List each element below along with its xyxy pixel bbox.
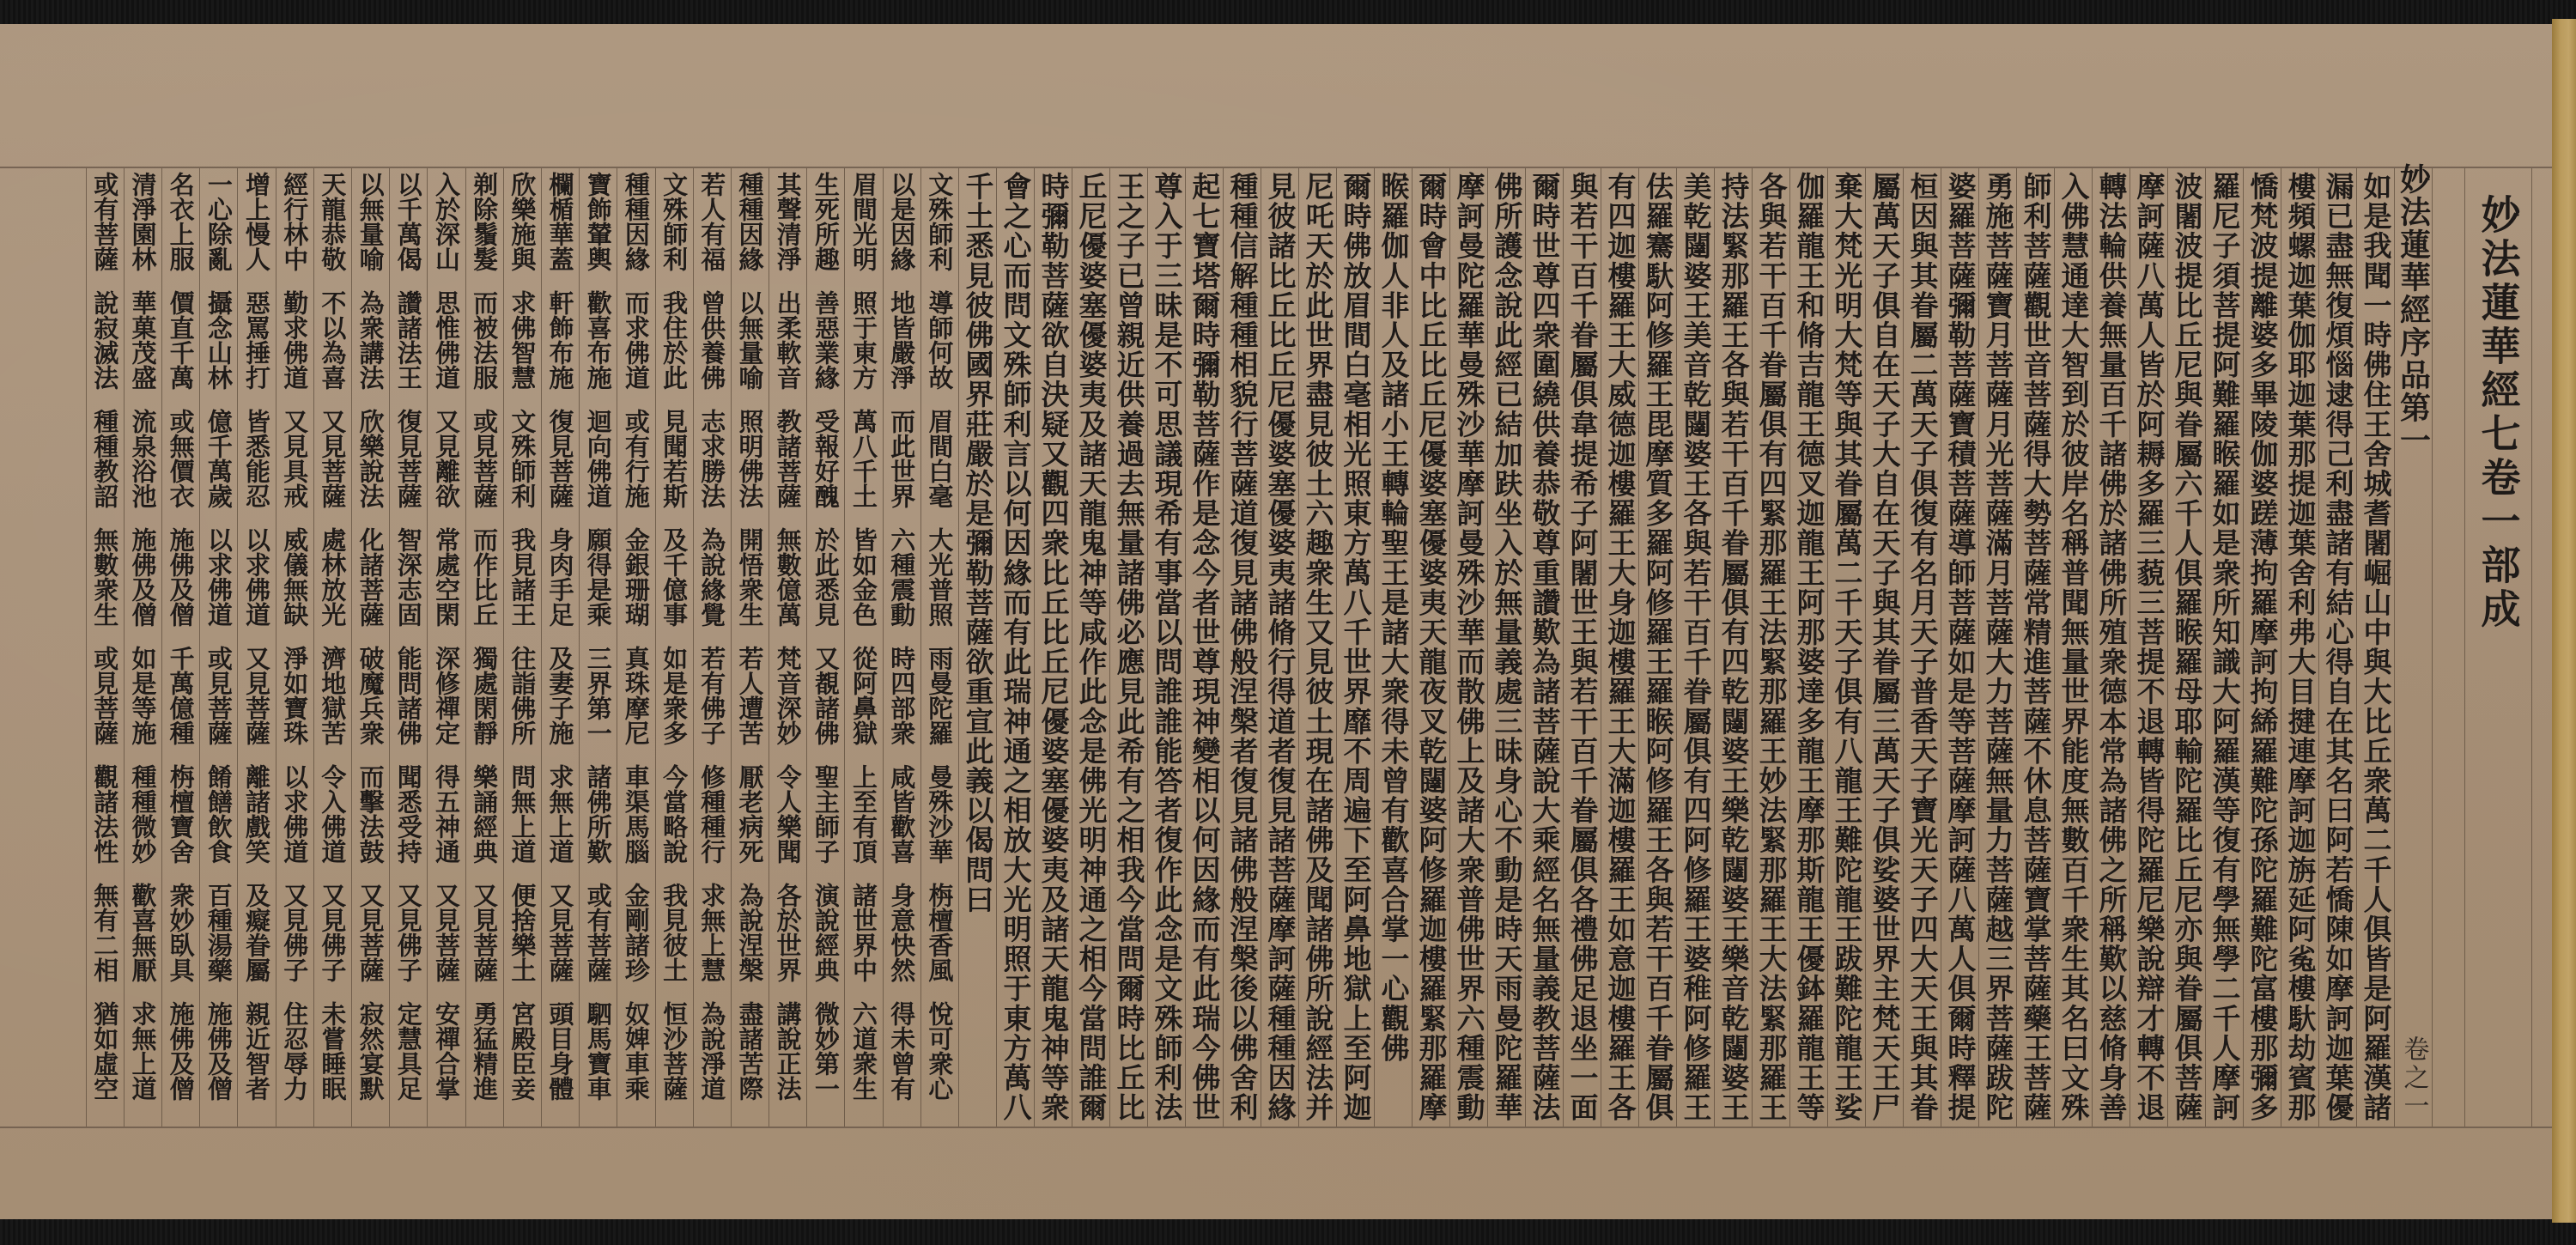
prose-line: 時彌勒菩薩欲自決疑又觀四衆比丘比丘尼優婆塞優婆夷及諸天龍鬼神等衆 [1034,172,1073,1122]
verse-line: 其聲清淨出柔軟音教諸菩薩無數億萬梵音深妙令人樂聞各於世界講說正法 [769,172,808,1101]
verse-phrase: 文殊師利 [659,172,689,271]
prose-line: 羅尼子須菩提阿難羅睺羅如是衆所知識大阿羅漢等復有學無學二千人摩訶 [2205,172,2245,1122]
prose-column: 起七寶塔爾時彌勒菩薩作是念今者世尊現神變相以何因緣而有此瑞今佛世 [1185,168,1223,1127]
prose-column: 持法緊那羅王各與若干百千眷屬俱有四乾闥婆王樂乾闥婆王樂音乾闥婆王 [1714,168,1752,1127]
verse-phrase: 定慧具足 [394,1001,423,1101]
blank-column [2432,168,2464,1127]
verse-phrase: 若人有福 [697,172,726,271]
verse-phrase: 施佛及僧 [167,1001,196,1101]
prose-column: 摩訶曼陀羅華曼殊沙華摩訶曼殊沙華而散佛上及諸大衆普佛世界六種震動 [1449,168,1487,1127]
verse-phrase: 往詣佛所 [507,646,537,745]
verse-column: 天龍恭敬不以為喜又見菩薩處林放光濟地獄苦令入佛道又見佛子未嘗睡眠 [313,168,351,1127]
verse-phrase: 親近智者 [242,1001,271,1101]
verse-phrase: 清淨園林 [128,172,157,271]
prose-column: 憍梵波提離婆多畢陵伽婆蹉薄拘羅摩訶拘絺羅難陀孫陀羅難陀富樓那彌多 [2243,168,2281,1127]
verse-column: 或有菩薩說寂滅法種種教詔無數衆生或見菩薩觀諸法性無有二相猶如虛空 [86,168,124,1127]
verse-phrase: 無數億萬 [774,527,803,627]
verse-phrase: 金剛諸珍 [622,883,651,982]
verse-phrase: 講說正法 [774,1001,803,1101]
verse-phrase: 不以為喜 [318,290,347,390]
prose-line: 憍梵波提離婆多畢陵伽婆蹉薄拘羅摩訶拘絺羅難陀孫陀羅難陀富樓那彌多 [2243,172,2282,1122]
verse-phrase: 六種震動 [887,527,916,627]
prose-line: 摩訶曼陀羅華曼殊沙華摩訶曼殊沙華而散佛上及諸大衆普佛世界六種震動 [1449,172,1489,1122]
prose-column: 勇施菩薩寶月菩薩月光菩薩滿月菩薩大力菩薩無量力菩薩越三界菩薩跋陀 [1978,168,2016,1127]
verse-phrase: 以求佛道 [280,764,309,864]
verse-phrase: 或見菩薩 [90,646,119,745]
verse-phrase: 頭目身體 [546,1001,575,1101]
prose-line: 爾時世尊四衆圍繞供養恭敬尊重讚歎為諸菩薩說大乘經名無量義教菩薩法 [1525,172,1564,1122]
verse-line: 種種因緣而求佛道或有行施金銀珊瑚真珠摩尼車渠馬腦金剛諸珍奴婢車乘 [617,172,656,1101]
prose-column: 王之子已曾親近供養過去無量諸佛必應見此希有之相我今當問爾時比丘比 [1109,168,1147,1127]
prose-column: 如是我聞一時佛住王舍城耆闍崛山中與大比丘衆萬二千人俱皆是阿羅漢諸 [2356,168,2394,1127]
scroll-title-column: 妙法蓮華經七卷一部成 [2464,168,2531,1127]
verse-column: 若人有福曾供養佛志求勝法為說緣覺若有佛子修種種行求無上慧為說淨道 [693,168,731,1127]
prose-line: 與若干百千眷屬俱韋提希子阿闍世王與若干百千眷屬俱各禮佛足退坐一面 [1563,172,1602,1122]
prose-column: 爾時佛放眉間白毫相光照東方萬八千世界靡不周遍下至阿鼻地獄上至阿迦 [1336,168,1374,1127]
verse-phrase: 若人遭苦 [735,646,764,745]
verse-line: 生死所趣善惡業緣受報好醜於此悉見又覩諸佛聖主師子演說經典微妙第一 [806,172,846,1101]
verse-phrase: 而求佛道 [622,290,651,390]
verse-phrase: 眉間白毫 [925,409,954,508]
verse-phrase: 又見菩薩 [546,883,575,982]
verse-phrase: 讚諸法王 [394,290,423,390]
verse-line: 若人有福曾供養佛志求勝法為說緣覺若有佛子修種種行求無上慧為說淨道 [692,172,732,1101]
prose-line: 伽羅龍王和脩吉龍王德叉迦龍王阿那婆達多龍王摩那斯龍王優鉢羅龍王等 [1789,172,1829,1122]
verse-line: 或有菩薩說寂滅法種種教詔無數衆生或見菩薩觀諸法性無有二相猶如虛空 [85,172,125,1101]
verse-column: 文殊師利導師何故眉間白毫大光普照雨曼陀羅曼殊沙華栴檀香風悅可衆心 [920,168,958,1127]
verse-phrase: 大光普照 [925,527,954,627]
verse-phrase: 身肉手足 [546,527,575,627]
verse-line: 文殊師利我住於此見聞若斯及千億事如是衆多今當略說我見彼土恒沙菩薩 [654,172,694,1101]
verse-phrase: 說寂滅法 [90,290,119,390]
prose-column: 佛所護念說此經已結加趺坐入於無量義處三昧身心不動是時天雨曼陀羅華 [1487,168,1525,1127]
verse-phrase: 車渠馬腦 [622,764,651,864]
verse-phrase: 真珠摩尼 [622,646,651,745]
verse-phrase: 而被法服 [470,290,499,390]
verse-phrase: 歡喜無厭 [128,883,157,982]
verse-phrase: 開悟衆生 [735,527,764,627]
prose-line: 起七寶塔爾時彌勒菩薩作是念今者世尊現神變相以何因緣而有此瑞今佛世 [1185,172,1224,1122]
verse-phrase: 千萬億種 [167,646,196,745]
text-columns: 妙法蓮華經七卷一部成 妙法蓮華經序品第一 卷之一 如是我聞一時佛住王舍城耆闍崛山… [0,168,2552,1127]
verse-phrase: 常處空閑 [432,527,461,627]
verse-phrase: 攝念山林 [204,290,234,390]
verse-phrase: 觀諸法性 [90,764,119,864]
verse-phrase: 三界第一 [584,646,613,745]
verse-phrase: 樂誦經典 [470,764,499,864]
verse-phrase: 皆悉能忍 [242,409,271,508]
prose-line: 尼吒天於此世界盡見彼土六趣衆生又見彼土現在諸佛及聞諸佛所說經法并 [1298,172,1338,1122]
prose-column: 屬萬天子俱自在天子大自在天子與其眷屬三萬天子俱娑婆世界主梵天王尸 [1865,168,1903,1127]
verse-phrase: 恒沙菩薩 [659,1001,689,1101]
verse-phrase: 以是因緣 [887,172,916,271]
verse-phrase: 求無上道 [546,764,575,864]
verse-phrase: 增上慢人 [242,172,271,271]
verse-column: 剃除鬚髮而被法服或見菩薩而作比丘獨處閑靜樂誦經典又見菩薩勇猛精進 [465,168,503,1127]
verse-phrase: 令入佛道 [318,764,347,864]
verse-column: 欄楯華蓋軒飾布施復見菩薩身肉手足及妻子施求無上道又見菩薩頭目身體 [541,168,579,1127]
prose-column: 種種信解種種相貌行菩薩道復見諸佛般涅槃者復見諸佛般涅槃後以佛舍利 [1223,168,1261,1127]
verse-phrase: 破魔兵衆 [356,646,386,745]
prose-column: 桓因與其眷屬二萬天子俱復有名月天子普香天子寶光天子四大天王與其眷 [1903,168,1941,1127]
verse-line: 以是因緣地皆嚴淨而此世界六種震動時四部衆咸皆歡喜身意快然得未曾有 [882,172,921,1101]
prose-column: 千土悉見彼佛國界莊嚴於是彌勒菩薩欲重宣此義以偈問曰 [958,168,996,1127]
verse-phrase: 求無上道 [128,1001,157,1101]
prose-line: 棄大梵光明大梵等與其眷屬萬二千天子俱有八龍王難陀龍王跋難陀龍王娑 [1827,172,1867,1122]
background-fabric-bottom [0,1218,2576,1245]
verse-phrase: 栴檀寶舍 [167,764,196,864]
verse-phrase: 種種因緣 [735,172,764,271]
verse-phrase: 及千億事 [659,527,689,627]
verse-phrase: 出柔軟音 [774,290,803,390]
verse-phrase: 金銀珊瑚 [622,527,651,627]
verse-line: 入於深山思惟佛道又見離欲常處空閑深修禪定得五神通又見菩薩安禪合掌 [427,172,466,1101]
verse-phrase: 咸皆歡喜 [887,764,916,864]
verse-phrase: 為說緣覺 [697,527,726,627]
verse-phrase: 寂然宴默 [356,1001,386,1101]
prose-line: 入佛慧通達大智到於彼岸名稱普聞無量世界能度無數百千衆生其名曰文殊 [2054,172,2093,1122]
prose-column: 丘尼優婆塞優婆夷及諸天龍鬼神等咸作此念是佛光明神通之相今當問誰爾 [1072,168,1109,1127]
verse-phrase: 化諸菩薩 [356,527,386,627]
prose-line: 轉法輪供養無量百千諸佛於諸佛所殖衆德本常為諸佛之所稱歎以慈脩身善 [2092,172,2131,1122]
verse-phrase: 又見菩薩 [432,883,461,982]
prose-line: 尊入于三昧是不可思議現希有事當以問誰誰能答者復作此念是文殊師利法 [1147,172,1187,1122]
verse-phrase: 志求勝法 [697,409,726,508]
verse-phrase: 及妻子施 [546,646,575,745]
verse-phrase: 又見佛子 [280,883,309,982]
verse-phrase: 又見佛子 [394,883,423,982]
scroll-title: 妙法蓮華經七卷一部成 [2476,194,2521,632]
prose-column: 尼吒天於此世界盡見彼土六趣衆生又見彼土現在諸佛及聞諸佛所說經法并 [1298,168,1336,1127]
verse-phrase: 以無量喻 [735,290,764,390]
verse-column: 以無量喻為衆講法欣樂說法化諸菩薩破魔兵衆而擊法鼓又見菩薩寂然宴默 [351,168,389,1127]
prose-column: 入佛慧通達大智到於彼岸名稱普聞無量世界能度無數百千衆生其名曰文殊 [2054,168,2092,1127]
verse-phrase: 為說淨道 [697,1001,726,1101]
prose-column: 爾時會中比丘比丘尼優婆塞優婆夷天龍夜叉乾闥婆阿修羅迦樓羅緊那羅摩 [1412,168,1449,1127]
verse-line: 經行林中勤求佛道又見具戒威儀無缺淨如寶珠以求佛道又見佛子住忍辱力 [275,172,314,1101]
verse-line: 欣樂施與求佛智慧文殊師利我見諸王往詣佛所問無上道便捨樂土宮殿臣妾 [502,172,542,1101]
verse-line: 寶飾輦輿歡喜布施迴向佛道願得是乘三界第一諸佛所歎或有菩薩駟馬寶車 [579,172,618,1101]
verse-phrase: 又覩諸佛 [811,646,841,745]
verse-phrase: 悅可衆心 [925,1001,954,1101]
verse-phrase: 文殊師利 [507,409,537,508]
verse-phrase: 如是等施 [128,646,157,745]
verse-phrase: 諸佛所歎 [584,764,613,864]
prose-column: 有四迦樓羅王大威德迦樓羅王大身迦樓羅王大滿迦樓羅王如意迦樓羅王各 [1601,168,1638,1127]
prose-column: 樓頻螺迦葉伽耶迦葉那提迦葉舍利弗大目揵連摩訶迦旃延阿㝹樓馱劫賓那 [2281,168,2318,1127]
verse-phrase: 梵音深妙 [774,646,803,745]
verse-phrase: 於此悉見 [811,527,841,627]
verse-phrase: 盡諸苦際 [735,1001,764,1101]
verse-phrase: 照于東方 [849,290,878,390]
verse-column: 眉間光明照于東方萬八千土皆如金色從阿鼻獄上至有頂諸世界中六道衆生 [844,168,882,1127]
verse-phrase: 雨曼陀羅 [925,646,954,745]
verse-phrase: 億千萬歲 [204,409,234,508]
verse-phrase: 修種種行 [697,764,726,864]
verse-phrase: 時四部衆 [887,646,916,745]
volume-note: 卷之一 [2395,1035,2433,1120]
prose-column: 會之心而問文殊師利言以何因緣而有此瑞神通之相放大光明照于東方萬八 [996,168,1034,1127]
verse-line: 欄楯華蓋軒飾布施復見菩薩身肉手足及妻子施求無上道又見菩薩頭目身體 [541,172,580,1101]
prose-column: 爾時世尊四衆圍繞供養恭敬尊重讚歎為諸菩薩說大乘經名無量義教菩薩法 [1525,168,1563,1127]
prose-column: 見彼諸比丘比丘尼優婆塞優婆夷諸脩行得道者復見諸菩薩摩訶薩種種因緣 [1261,168,1298,1127]
verse-phrase: 經行林中 [280,172,309,271]
verse-line: 以千萬偈讚諸法王復見菩薩智深志固能問諸佛聞悉受持又見佛子定慧具足 [389,172,428,1101]
prose-line: 樓頻螺迦葉伽耶迦葉那提迦葉舍利弗大目揵連摩訶迦旃延阿㝹樓馱劫賓那 [2281,172,2320,1122]
verse-phrase: 以求佛道 [242,527,271,627]
prose-line: 睺羅伽人非人及諸小王轉輪聖王是諸大衆得未曾有歡喜合掌一心觀佛 [1374,172,1413,1063]
verse-column: 文殊師利我住於此見聞若斯及千億事如是衆多今當略說我見彼土恒沙菩薩 [655,168,693,1127]
verse-phrase: 剃除鬚髮 [470,172,499,271]
prose-column: 與若干百千眷屬俱韋提希子阿闍世王與若干百千眷屬俱各禮佛足退坐一面 [1563,168,1601,1127]
verse-phrase: 離諸戲笑 [242,764,271,864]
verse-phrase: 種種因緣 [622,172,651,271]
verse-phrase: 令人樂聞 [774,764,803,864]
verse-phrase: 欣樂施與 [507,172,537,271]
prose-line: 摩訶薩八萬人皆於阿耨多羅三藐三菩提不退轉皆得陀羅尼樂說辯才轉不退 [2129,172,2169,1122]
verse-phrase: 求佛智慧 [507,290,537,390]
prose-column: 師利菩薩觀世音菩薩得大勢菩薩常精進菩薩不休息菩薩寶掌菩薩藥王菩薩 [2016,168,2054,1127]
verse-phrase: 奴婢車乘 [622,1001,651,1101]
verse-line: 增上慢人惡罵捶打皆悉能忍以求佛道又見菩薩離諸戲笑及癡眷屬親近智者 [237,172,276,1101]
verse-phrase: 得未曾有 [887,1001,916,1101]
verse-phrase: 歡喜布施 [584,290,613,390]
prose-column: 尊入于三昧是不可思議現希有事當以問誰誰能答者復作此念是文殊師利法 [1147,168,1185,1127]
prose-column: 波闍波提比丘尼與眷屬六千人俱羅睺羅母耶輸陀羅比丘尼亦與眷屬俱菩薩 [2167,168,2205,1127]
verse-phrase: 欄楯華蓋 [546,172,575,271]
prose-column: 轉法輪供養無量百千諸佛於諸佛所殖衆德本常為諸佛之所稱歎以慈脩身善 [2092,168,2129,1127]
verse-phrase: 以無量喻 [356,172,386,271]
prose-line: 波闍波提比丘尼與眷屬六千人俱羅睺羅母耶輸陀羅比丘尼亦與眷屬俱菩薩 [2167,172,2207,1122]
prose-line: 王之子已曾親近供養過去無量諸佛必應見此希有之相我今當問爾時比丘比 [1109,172,1149,1122]
background-fabric-top [0,0,2576,26]
verse-phrase: 或見菩薩 [204,646,234,745]
verse-phrase: 又見具戒 [280,409,309,508]
verse-phrase: 施佛及僧 [204,1001,234,1101]
verse-phrase: 欣樂說法 [356,409,386,508]
verse-column: 一心除亂攝念山林億千萬歲以求佛道或見菩薩餚饍飲食百種湯藥施佛及僧 [199,168,237,1127]
verse-phrase: 教諸菩薩 [774,409,803,508]
prose-column: 棄大梵光明大梵等與其眷屬萬二千天子俱有八龍王難陀龍王跋難陀龍王娑 [1827,168,1865,1127]
verse-phrase: 聖主師子 [811,764,841,864]
verse-phrase: 天龍恭敬 [318,172,347,271]
verse-phrase: 種種教詔 [90,409,119,508]
verse-phrase: 入於深山 [432,172,461,271]
verse-column: 種種因緣而求佛道或有行施金銀珊瑚真珠摩尼車渠馬腦金剛諸珍奴婢車乘 [617,168,654,1127]
verse-phrase: 得五神通 [432,764,461,864]
verse-phrase: 衆妙臥具 [167,883,196,982]
prose-line: 千土悉見彼佛國界莊嚴於是彌勒菩薩欲重宣此義以偈問曰 [958,172,998,914]
verse-column: 欣樂施與求佛智慧文殊師利我見諸王往詣佛所問無上道便捨樂土宮殿臣妾 [503,168,541,1127]
verse-phrase: 智深志固 [394,527,423,627]
verse-phrase: 而作比丘 [470,527,499,627]
chapter-title-column: 妙法蓮華經序品第一 卷之一 [2394,168,2432,1127]
verse-line: 文殊師利導師何故眉間白毫大光普照雨曼陀羅曼殊沙華栴檀香風悅可衆心 [920,172,959,1101]
verse-phrase: 今當略說 [659,764,689,864]
prose-line: 見彼諸比丘比丘尼優婆塞優婆夷諸脩行得道者復見諸菩薩摩訶薩種種因緣 [1261,172,1300,1122]
verse-phrase: 照明佛法 [735,409,764,508]
verse-phrase: 寶飾輦輿 [584,172,613,271]
verse-phrase: 曼殊沙華 [925,764,954,864]
verse-phrase: 願得是乘 [584,527,613,627]
verse-phrase: 施佛及僧 [128,527,157,627]
verse-column: 生死所趣善惡業緣受報好醜於此悉見又覩諸佛聖主師子演說經典微妙第一 [806,168,844,1127]
prose-line: 屬萬天子俱自在天子大自在天子與其眷屬三萬天子俱娑婆世界主梵天王尸 [1865,172,1905,1122]
prose-line: 漏已盡無復煩惱逮得己利盡諸有結心得自在其名曰阿若憍陳如摩訶迦葉優 [2318,172,2358,1122]
verse-column: 經行林中勤求佛道又見具戒威儀無缺淨如寶珠以求佛道又見佛子住忍辱力 [276,168,313,1127]
verse-phrase: 為說涅槃 [735,883,764,982]
prose-line: 爾時佛放眉間白毫相光照東方萬八千世界靡不周遍下至阿鼻地獄上至阿迦 [1336,172,1376,1122]
verse-phrase: 惡罵捶打 [242,290,271,390]
verse-column: 以是因緣地皆嚴淨而此世界六種震動時四部衆咸皆歡喜身意快然得未曾有 [883,168,920,1127]
verse-phrase: 又見菩薩 [470,883,499,982]
verse-phrase: 住忍辱力 [280,1001,309,1101]
prose-line: 桓因與其眷屬二萬天子俱復有名月天子普香天子寶光天子四大天王與其眷 [1903,172,1942,1122]
manuscript-paper: 妙法蓮華經七卷一部成 妙法蓮華經序品第一 卷之一 如是我聞一時佛住王舍城耆闍崛山… [0,24,2552,1219]
prose-line: 佉羅騫馱阿修羅王毘摩質多羅阿修羅王羅睺阿修羅王各與若干百千眷屬俱 [1638,172,1678,1122]
prose-line: 師利菩薩觀世音菩薩得大勢菩薩常精進菩薩不休息菩薩寶掌菩薩藥王菩薩 [2016,172,2056,1122]
verse-line: 剃除鬚髮而被法服或見菩薩而作比丘獨處閑靜樂誦經典又見菩薩勇猛精進 [465,172,504,1101]
verse-phrase: 便捨樂土 [507,883,537,982]
verse-phrase: 或有菩薩 [90,172,119,271]
prose-column: 婆羅菩薩彌勒菩薩寶積菩薩導師菩薩如是等菩薩摩訶薩八萬人俱爾時釋提 [1941,168,1978,1127]
verse-phrase: 又見離欲 [432,409,461,508]
prose-column: 時彌勒菩薩欲自決疑又觀四衆比丘比丘尼優婆塞優婆夷及諸天龍鬼神等衆 [1034,168,1072,1127]
verse-phrase: 萬八千土 [849,409,878,508]
prose-line: 有四迦樓羅王大威德迦樓羅王大身迦樓羅王大滿迦樓羅王如意迦樓羅王各 [1601,172,1640,1122]
verse-phrase: 如是衆多 [659,646,689,745]
verse-phrase: 生死所趣 [811,172,841,271]
prose-line: 持法緊那羅王各與若干百千眷屬俱有四乾闥婆王樂乾闥婆王樂音乾闥婆王 [1714,172,1753,1122]
verse-phrase: 又見佛子 [318,883,347,982]
verse-phrase: 軒飾布施 [546,290,575,390]
verse-phrase: 諸世界中 [849,883,878,982]
prose-column: 各與若干百千眷屬俱有四緊那羅王法緊那羅王妙法緊那羅王大法緊那羅王 [1752,168,1789,1127]
prose-column: 羅尼子須菩提阿難羅睺羅如是衆所知識大阿羅漢等復有學無學二千人摩訶 [2205,168,2243,1127]
verse-phrase: 百種湯藥 [204,883,234,982]
verse-phrase: 而此世界 [887,409,916,508]
verse-phrase: 復見菩薩 [394,409,423,508]
verse-phrase: 種種微妙 [128,764,157,864]
verse-phrase: 安禪合掌 [432,1001,461,1101]
verse-phrase: 或有菩薩 [584,883,613,982]
prose-column: 佉羅騫馱阿修羅王毘摩質多羅阿修羅王羅睺阿修羅王各與若干百千眷屬俱 [1638,168,1676,1127]
verse-phrase: 華菓茂盛 [128,290,157,390]
verse-phrase: 及癡眷屬 [242,883,271,982]
verse-phrase: 又見菩薩 [242,646,271,745]
verse-phrase: 導師何故 [925,290,954,390]
verse-column: 名衣上服價直千萬或無價衣施佛及僧千萬億種栴檀寶舍衆妙臥具施佛及僧 [161,168,199,1127]
verse-phrase: 勇猛精進 [470,1001,499,1101]
verse-phrase: 我住於此 [659,290,689,390]
verse-phrase: 我見彼土 [659,883,689,982]
verse-phrase: 微妙第一 [811,1001,841,1101]
verse-phrase: 厭老病死 [735,764,764,864]
verse-phrase: 六道衆生 [849,1001,878,1101]
verse-phrase: 流泉浴池 [128,409,157,508]
chapter-title: 妙法蓮華經序品第一 [2394,163,2433,457]
prose-line: 會之心而問文殊師利言以何因緣而有此瑞神通之相放大光明照于東方萬八 [996,172,1036,1122]
verse-phrase: 見聞若斯 [659,409,689,508]
verse-phrase: 價直千萬 [167,290,196,390]
verse-phrase: 能問諸佛 [394,646,423,745]
verse-phrase: 求無上慧 [697,883,726,982]
verse-phrase: 皆如金色 [849,527,878,627]
verse-phrase: 身意快然 [887,883,916,982]
verse-phrase: 或見菩薩 [470,409,499,508]
verse-phrase: 受報好醜 [811,409,841,508]
prose-column: 美乾闥婆王美音乾闥婆王各與若干百千眷屬俱有四阿修羅王婆稚阿修羅王 [1676,168,1714,1127]
verse-column: 其聲清淨出柔軟音教諸菩薩無數億萬梵音深妙令人樂聞各於世界講說正法 [769,168,806,1127]
verse-phrase: 施佛及僧 [167,527,196,627]
mounting-strip [2552,19,2576,1223]
verse-phrase: 各於世界 [774,883,803,982]
verse-phrase: 未嘗睡眠 [318,1001,347,1101]
verse-phrase: 從阿鼻獄 [849,646,878,745]
verse-phrase: 處林放光 [318,527,347,627]
verse-phrase: 曾供養佛 [697,290,726,390]
verse-phrase: 迴向佛道 [584,409,613,508]
prose-line: 佛所護念說此經已結加趺坐入於無量義處三昧身心不動是時天雨曼陀羅華 [1487,172,1527,1122]
verse-column: 以千萬偈讚諸法王復見菩薩智深志固能問諸佛聞悉受持又見佛子定慧具足 [389,168,427,1127]
verse-line: 一心除亂攝念山林億千萬歲以求佛道或見菩薩餚饍飲食百種湯藥施佛及僧 [199,172,239,1101]
verse-phrase: 駟馬寶車 [584,1001,613,1101]
verse-column: 入於深山思惟佛道又見離欲常處空閑深修禪定得五神通又見菩薩安禪合掌 [427,168,465,1127]
prose-line: 美乾闥婆王美音乾闥婆王各與若干百千眷屬俱有四阿修羅王婆稚阿修羅王 [1676,172,1716,1122]
verse-phrase: 猶如虛空 [90,1001,119,1101]
verse-phrase: 又見菩薩 [356,883,386,982]
verse-phrase: 又見菩薩 [318,409,347,508]
prose-line: 婆羅菩薩彌勒菩薩寶積菩薩導師菩薩如是等菩薩摩訶薩八萬人俱爾時釋提 [1941,172,1980,1122]
prose-line: 各與若干百千眷屬俱有四緊那羅王法緊那羅王妙法緊那羅王大法緊那羅王 [1752,172,1791,1122]
verse-phrase: 眉間光明 [849,172,878,271]
verse-phrase: 獨處閑靜 [470,646,499,745]
verse-phrase: 或有行施 [622,409,651,508]
verse-column: 清淨園林華菓茂盛流泉浴池施佛及僧如是等施種種微妙歡喜無厭求無上道 [124,168,161,1127]
verse-phrase: 思惟佛道 [432,290,461,390]
verse-phrase: 文殊師利 [925,172,954,271]
prose-line: 爾時會中比丘比丘尼優婆塞優婆夷天龍夜叉乾闥婆阿修羅迦樓羅緊那羅摩 [1412,172,1451,1122]
verse-phrase: 善惡業緣 [811,290,841,390]
verse-phrase: 淨如寶珠 [280,646,309,745]
prose-line: 勇施菩薩寶月菩薩月光菩薩滿月菩薩大力菩薩無量力菩薩越三界菩薩跋陀 [1978,172,2018,1122]
verse-line: 天龍恭敬不以為喜又見菩薩處林放光濟地獄苦令入佛道又見佛子未嘗睡眠 [313,172,352,1101]
prose-column: 漏已盡無復煩惱逮得己利盡諸有結心得自在其名曰阿若憍陳如摩訶迦葉優 [2318,168,2356,1127]
verse-phrase: 聞悉受持 [394,764,423,864]
verse-phrase: 宮殿臣妾 [507,1001,537,1101]
prose-line: 丘尼優婆塞優婆夷及諸天龍鬼神等咸作此念是佛光明神通之相今當問誰爾 [1072,172,1111,1122]
margin-column [2531,168,2552,1127]
verse-phrase: 上至有頂 [849,764,878,864]
verse-line: 種種因緣以無量喻照明佛法開悟衆生若人遭苦厭老病死為說涅槃盡諸苦際 [730,172,769,1101]
scroll-viewer: 妙法蓮華經七卷一部成 妙法蓮華經序品第一 卷之一 如是我聞一時佛住王舍城耆闍崛山… [0,0,2576,1245]
verse-phrase: 或無價衣 [167,409,196,508]
verse-phrase: 若有佛子 [697,646,726,745]
verse-phrase: 以千萬偈 [394,172,423,271]
verse-phrase: 餚饍飲食 [204,764,234,864]
verse-phrase: 濟地獄苦 [318,646,347,745]
verse-phrase: 一心除亂 [204,172,234,271]
verse-line: 以無量喻為衆講法欣樂說法化諸菩薩破魔兵衆而擊法鼓又見菩薩寂然宴默 [351,172,391,1101]
verse-phrase: 威儀無缺 [280,527,309,627]
verse-phrase: 無有二相 [90,883,119,982]
verse-phrase: 以求佛道 [204,527,234,627]
verse-phrase: 為衆講法 [356,290,386,390]
verse-phrase: 無數衆生 [90,527,119,627]
prose-column: 睺羅伽人非人及諸小王轉輪聖王是諸大衆得未曾有歡喜合掌一心觀佛 [1374,168,1412,1127]
verse-phrase: 我見諸王 [507,527,537,627]
verse-phrase: 問無上道 [507,764,537,864]
